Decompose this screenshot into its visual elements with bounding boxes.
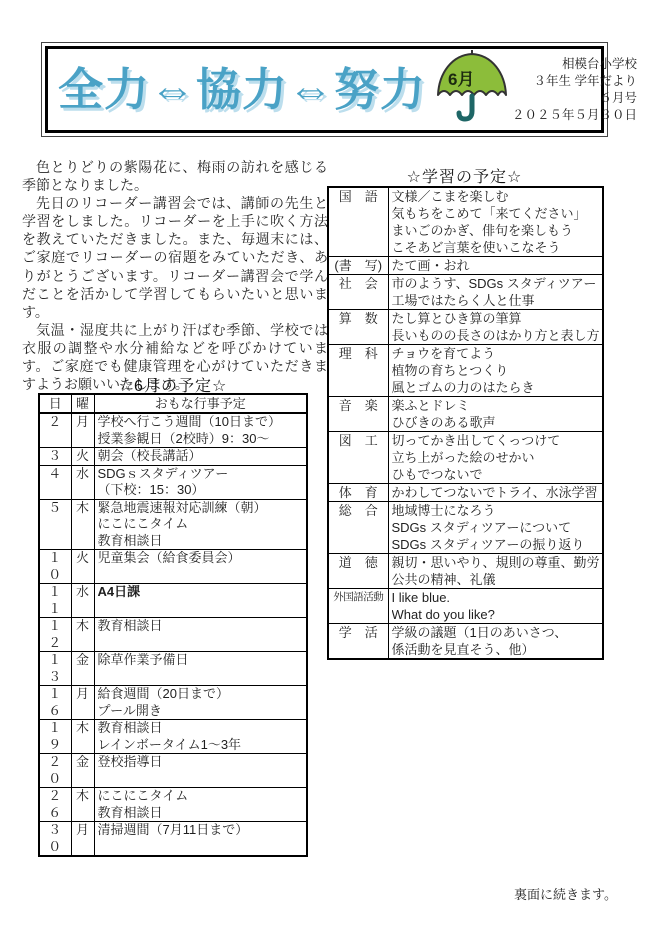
june-schedule-body: ２月学校へ行こう週間（10日まで）授業参観日（2校時）9：30～３火朝会（校長講… [39,413,307,856]
schedule-event-line: 教育相談日 [98,720,304,737]
study-row: 総 合地域博士になろうSDGs スタディツアーについてSDGs スタディツアーの… [328,502,603,554]
study-subject-cell: 理 科 [328,345,388,397]
study-row: (書 写)たて画・おれ [328,257,603,275]
study-content-cell: かわしてつないでトライ、水泳学習 [388,484,603,502]
study-content-line: SDGs スタディツアーの振り返り [392,536,600,553]
schedule-events-cell: SDGｓスタディツアー（下校：15：30） [94,465,307,499]
continued-note: 裏面に続きます。 [514,884,617,903]
study-content-cell: I like blue.What do you like? [388,589,603,624]
study-subject-cell: 算 数 [328,310,388,345]
study-subject-cell: 学 活 [328,624,388,660]
study-subject-cell: 音 楽 [328,397,388,432]
study-content-line: 長いものの長さのはかり方と表し方 [392,327,600,344]
schedule-event-line: 朝会（校長講話） [98,448,304,465]
study-content-line: 公共の精神、礼儀 [392,571,600,588]
schedule-event-line: 児童集会（給食委員会） [98,550,304,567]
study-subject-cell: 体 育 [328,484,388,502]
study-content-line: 植物の育ちとつくり [392,362,600,379]
schedule-day-cell: ２０ [39,754,71,788]
schedule-events-cell: 除草作業予備日 [94,652,307,686]
schedule-row: ３火朝会（校長講話） [39,448,307,466]
schedule-row: ５木緊急地震速報対応訓練（朝）にこにこタイム教育相談日 [39,499,307,550]
schedule-events-cell: 緊急地震速報対応訓練（朝）にこにこタイム教育相談日 [94,499,307,550]
schedule-weekday-cell: 火 [71,550,94,584]
study-row: 学 活学級の議題（1日のあいさつ、係活動を見直そう、他） [328,624,603,660]
schedule-event-line: レインボータイム1～3年 [98,737,304,754]
study-content-line: SDGs スタディツアーについて [392,519,600,536]
schedule-events-cell: 清掃週間（7月11日まで） [94,822,307,857]
study-row: 道 徳親切・思いやり、規則の尊重、勤労・公共の精神、礼儀 [328,554,603,589]
study-row: 国 語文様／こまを楽しむ気もちをこめて「来てください」まいごのかぎ、俳句を楽しも… [328,187,603,257]
schedule-events-cell: にこにこタイム教育相談日 [94,788,307,822]
study-content-line: たて画・おれ [392,257,600,274]
study-subject-cell: 総 合 [328,502,388,554]
study-content-line: 風とゴムの力のはたらき [392,379,600,396]
study-row: 体 育かわしてつないでトライ、水泳学習 [328,484,603,502]
schedule-event-line: 教育相談日 [98,533,304,550]
study-content-line: ひびきのある歌声 [392,414,600,431]
study-content-line: 文様／こまを楽しむ [392,188,600,205]
schedule-event-line: 緊急地震速報対応訓練（朝） [98,500,304,517]
schedule-weekday-cell: 月 [71,686,94,720]
study-content-line: まいごのかぎ、俳句を楽しもう [392,222,600,239]
study-content-cell: 楽ふとドレミひびきのある歌声 [388,397,603,432]
study-row: 社 会市のようす、SDGs スタディツアー工場ではたらく人と仕事 [328,275,603,310]
schedule-day-cell: １２ [39,618,71,652]
schedule-events-cell: 学校へ行こう週間（10日まで）授業参観日（2校時）9：30～ [94,413,307,448]
schedule-events-cell: 登校指導日 [94,754,307,788]
study-content-line: ひもでつないで [392,466,600,483]
schedule-event-line: にこにこタイム [98,516,304,533]
study-subject-cell: 国 語 [328,187,388,257]
study-content-line: 地域博士になろう [392,502,600,519]
study-content-cell: 地域博士になろうSDGs スタディツアーについてSDGs スタディツアーの振り返… [388,502,603,554]
schedule-events-cell: A4日課 [94,584,307,618]
schedule-event-line: 授業参観日（2校時）9：30～ [98,431,304,448]
schedule-event-line: 清掃週間（7月11日まで） [98,822,304,839]
schedule-event-line: 教育相談日 [98,805,304,822]
study-content-line: 楽ふとドレミ [392,397,600,414]
schedule-day-cell: ２ [39,413,71,448]
intro-paragraph: 先日のリコーダー講習会では、講師の先生と学習をしました。リコーダーを上手に吹く方… [22,194,328,321]
intro-paragraph: 色とりどりの紫陽花に、梅雨の訪れを感じる季節となりました。 [22,158,328,194]
study-content-cell: 文様／こまを楽しむ気もちをこめて「来てください」まいごのかぎ、俳句を楽しもうこそ… [388,187,603,257]
schedule-weekday-cell: 水 [71,584,94,618]
schedule-weekday-cell: 木 [71,788,94,822]
study-content-line: こそあど言葉を使いこなそう [392,239,600,256]
schedule-events-cell: 教育相談日レインボータイム1～3年 [94,720,307,754]
school-name: 相模台小学校 [512,56,637,73]
schedule-events-cell: 朝会（校長講話） [94,448,307,466]
study-content-cell: チョウを育てよう植物の育ちとつくり風とゴムの力のはたらき [388,345,603,397]
study-row: 外国語活動I like blue.What do you like? [328,589,603,624]
schedule-day-cell: ３０ [39,822,71,857]
study-plan-body: 国 語文様／こまを楽しむ気もちをこめて「来てください」まいごのかぎ、俳句を楽しも… [328,187,603,659]
schedule-day-cell: ５ [39,499,71,550]
schedule-weekday-cell: 水 [71,465,94,499]
study-content-line: 工場ではたらく人と仕事 [392,292,600,309]
schedule-event-line: （下校：15：30） [98,482,304,499]
newsletter-page: 全力⇔協力⇔努力 6月 相模台小学校 ３年生 学年だより ６月号 ２０２５年５月… [0,0,648,942]
schedule-row: ２月学校へ行こう週間（10日まで）授業参観日（2校時）9：30～ [39,413,307,448]
study-subject-cell: 図 工 [328,432,388,484]
schedule-row: １１水A4日課 [39,584,307,618]
study-content-line: 学級の議題（1日のあいさつ、 [392,624,600,641]
study-content-cell: 学級の議題（1日のあいさつ、係活動を見直そう、他） [388,624,603,660]
study-subject-cell: 道 徳 [328,554,388,589]
study-content-line: 市のようす、SDGs スタディツアー [392,275,600,292]
schedule-day-cell: １９ [39,720,71,754]
study-content-cell: 市のようす、SDGs スタディツアー工場ではたらく人と仕事 [388,275,603,310]
schedule-event-line: SDGｓスタディツアー [98,466,304,483]
study-subject-cell: (書 写) [328,257,388,275]
school-info: 相模台小学校 ３年生 学年だより ６月号 ２０２５年５月３０日 [512,56,639,124]
study-content-line: What do you like? [392,606,600,623]
schedule-row: １６月給食週間（20日まで）プール開き [39,686,307,720]
schedule-day-cell: ４ [39,465,71,499]
umbrella-month-label: 6月 [448,70,474,89]
schedule-day-cell: １６ [39,686,71,720]
study-content-cell: 切ってかき出してくっつけて立ち上がった絵のせかいひもでつないで [388,432,603,484]
schedule-event-line: 給食週間（20日まで） [98,686,304,703]
study-content-line: チョウを育てよう [392,345,600,362]
schedule-weekday-cell: 木 [71,720,94,754]
schedule-weekday-cell: 金 [71,652,94,686]
grade-line: ３年生 学年だより [512,73,637,90]
schedule-weekday-cell: 木 [71,618,94,652]
schedule-event-line: 除草作業予備日 [98,652,304,669]
header-inner: 全力⇔協力⇔努力 6月 相模台小学校 ３年生 学年だより ６月号 ２０２５年５月… [45,46,604,133]
schedule-event-line: 教育相談日 [98,618,304,635]
study-content-line: 立ち上がった絵のせかい [392,449,600,466]
study-content-line: 切ってかき出してくっつけて [392,432,600,449]
schedule-weekday-cell: 月 [71,822,94,857]
study-content-line: 係活動を見直そう、他） [392,641,600,658]
study-subject-cell: 外国語活動 [328,589,388,624]
schedule-weekday-cell: 木 [71,499,94,550]
study-content-line: 気もちをこめて「来てください」 [392,205,600,222]
schedule-event-line: 登校指導日 [98,754,304,771]
umbrella-icon: 6月 [430,47,512,132]
study-content-line: 親切・思いやり、規則の尊重、勤労・ [392,554,600,571]
schedule-row: ２０金登校指導日 [39,754,307,788]
schedule-row: ３０月清掃週間（7月11日まで） [39,822,307,857]
schedule-weekday-cell: 月 [71,413,94,448]
study-row: 算 数たし算とひき算の筆算長いものの長さのはかり方と表し方 [328,310,603,345]
schedule-event-line: にこにこタイム [98,788,304,805]
schedule-row: １２木教育相談日 [39,618,307,652]
study-content-line: I like blue. [392,589,600,606]
schedule-row: ４水SDGｓスタディツアー（下校：15：30） [39,465,307,499]
study-content-cell: たて画・おれ [388,257,603,275]
date-line: ２０２５年５月３０日 [512,107,637,124]
study-row: 理 科チョウを育てよう植物の育ちとつくり風とゴムの力のはたらき [328,345,603,397]
intro-text: 色とりどりの紫陽花に、梅雨の訪れを感じる季節となりました。 先日のリコーダー講習… [22,158,328,393]
schedule-weekday-cell: 火 [71,448,94,466]
schedule-row: １３金除草作業予備日 [39,652,307,686]
study-content-cell: 親切・思いやり、規則の尊重、勤労・公共の精神、礼儀 [388,554,603,589]
schedule-row: １０火児童集会（給食委員会） [39,550,307,584]
schedule-day-cell: ２６ [39,788,71,822]
schedule-row: １９木教育相談日レインボータイム1～3年 [39,720,307,754]
schedule-day-cell: ３ [39,448,71,466]
schedule-event-line: 学校へ行こう週間（10日まで） [98,414,304,431]
june-schedule-header-row: 日 曜 おもな行事予定 [39,394,307,413]
schedule-day-cell: １１ [39,584,71,618]
schedule-day-cell: １０ [39,550,71,584]
schedule-weekday-cell: 金 [71,754,94,788]
header-box: 全力⇔協力⇔努力 6月 相模台小学校 ３年生 学年だより ６月号 ２０２５年５月… [41,42,608,137]
study-content-line: かわしてつないでトライ、水泳学習 [392,484,600,501]
june-schedule-table: 日 曜 おもな行事予定 ２月学校へ行こう週間（10日まで）授業参観日（2校時）9… [38,393,308,857]
schedule-events-cell: 教育相談日 [94,618,307,652]
newsletter-title: 全力⇔協力⇔努力 [58,67,426,112]
schedule-row: ２６木にこにこタイム教育相談日 [39,788,307,822]
schedule-event-line: A4日課 [98,584,304,601]
schedule-event-line: プール開き [98,703,304,720]
study-content-cell: たし算とひき算の筆算長いものの長さのはかり方と表し方 [388,310,603,345]
study-subject-cell: 社 会 [328,275,388,310]
study-content-line: たし算とひき算の筆算 [392,310,600,327]
schedule-events-cell: 給食週間（20日まで）プール開き [94,686,307,720]
study-row: 図 工切ってかき出してくっつけて立ち上がった絵のせかいひもでつないで [328,432,603,484]
column-header-events: おもな行事予定 [94,394,307,413]
issue-line: ６月号 [512,90,637,107]
study-row: 音 楽楽ふとドレミひびきのある歌声 [328,397,603,432]
column-header-weekday: 曜 [71,394,94,413]
study-plan-heading: ☆学習の予定☆ [327,164,602,187]
column-header-day: 日 [39,394,71,413]
schedule-events-cell: 児童集会（給食委員会） [94,550,307,584]
schedule-day-cell: １３ [39,652,71,686]
study-plan-table: 国 語文様／こまを楽しむ気もちをこめて「来てください」まいごのかぎ、俳句を楽しも… [327,186,604,660]
